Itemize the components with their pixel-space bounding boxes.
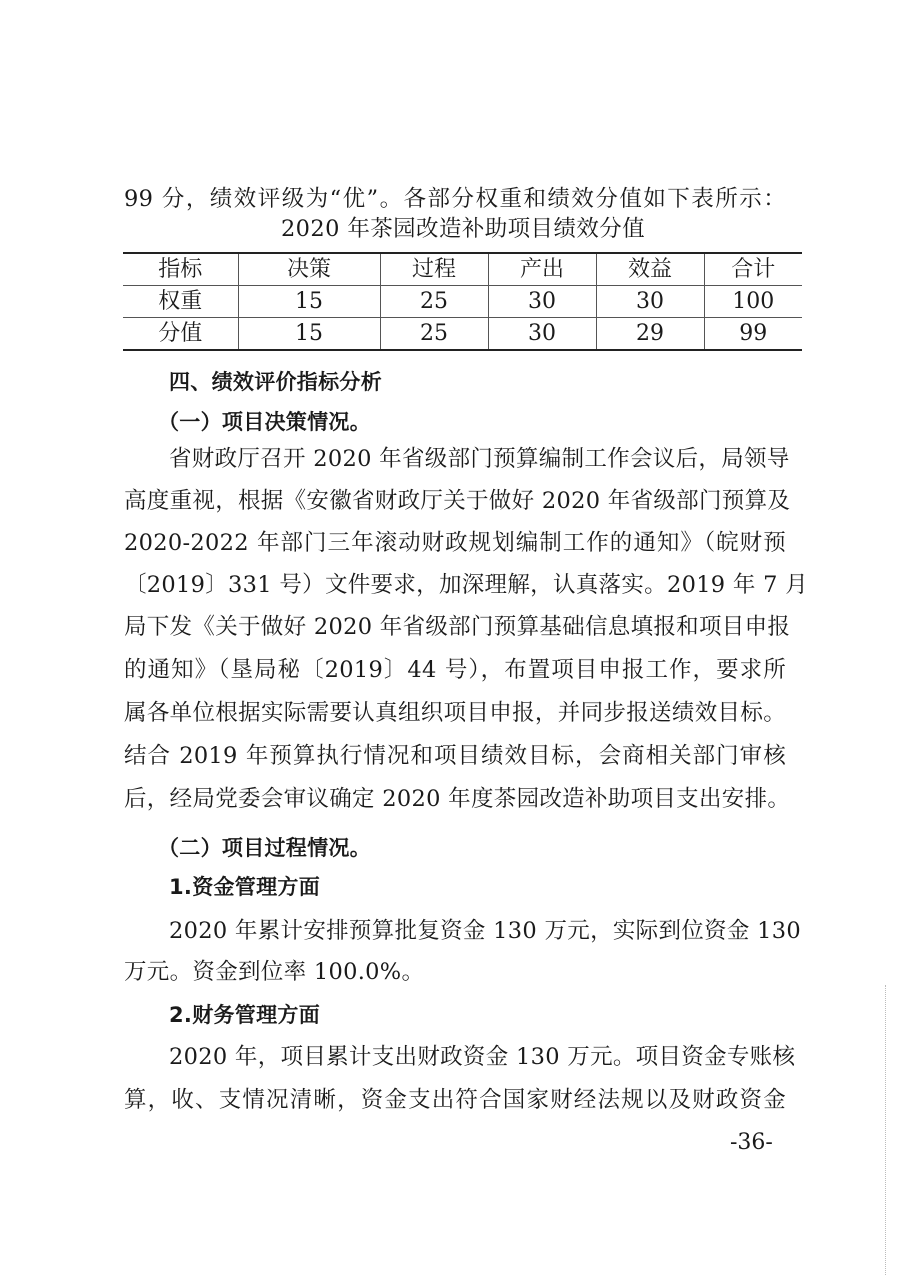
paragraph-line: 省财政厅召开 2020 年省级部门预算编制工作会议后，局领导 (169, 444, 786, 474)
paragraph-line: 〔2019〕331 号）文件要求，加深理解，认真落实。2019 年 7 月 (124, 570, 786, 600)
item-heading-financial-management: 2.财务管理方面 (169, 1000, 786, 1030)
header-cell-indicator: 指标 (123, 253, 238, 286)
header-cell-decision: 决策 (238, 253, 380, 286)
table-cell: 29 (596, 318, 704, 351)
paragraph-line: 万元。资金到位率 100.0%。 (124, 957, 786, 987)
table-cell: 30 (596, 286, 704, 318)
paragraph-line: 属各单位根据实际需要认真组织项目申报，并同步报送绩效目标。 (124, 698, 786, 728)
table-cell: 30 (488, 318, 596, 351)
document-page: 99 分，绩效评级为“优”。各部分权重和绩效分值如下表所示： 2020 年茶园改… (0, 0, 900, 1275)
binding-line-divider (885, 985, 886, 1275)
paragraph-line: 算，收、支情况清晰，资金支出符合国家财经法规以及财政资金 (124, 1085, 786, 1115)
table-cell: 25 (380, 318, 488, 351)
paragraph-line: 局下发《关于做好 2020 年省级部门预算基础信息填报和项目申报 (124, 612, 786, 642)
table-header-row: 指标 决策 过程 产出 效益 合计 (123, 253, 802, 286)
item-heading-fund-management: 1.资金管理方面 (169, 872, 786, 902)
table-row-weight: 权重 15 25 30 30 100 (123, 286, 802, 318)
paragraph-line: 2020 年累计安排预算批复资金 130 万元，实际到位资金 130 (169, 916, 786, 946)
subsection-heading-decision: （一）项目决策情况。 (158, 407, 820, 437)
paragraph-line: 2020-2022 年部门三年滚动财政规划编制工作的通知》（皖财预 (124, 528, 786, 558)
header-cell-process: 过程 (380, 253, 488, 286)
paragraph-line: 结合 2019 年预算执行情况和项目绩效目标，会商相关部门审核 (124, 741, 786, 771)
table-cell: 25 (380, 286, 488, 318)
paragraph-line: 的通知》（垦局秘〔2019〕44 号），布置项目申报工作，要求所 (124, 655, 786, 685)
section-heading: 四、绩效评价指标分析 (169, 367, 786, 397)
table-cell: 99 (704, 318, 802, 351)
paragraph-line: 高度重视，根据《安徽省财政厅关于做好 2020 年省级部门预算及 (124, 486, 786, 516)
page-number: -36- (730, 1128, 773, 1158)
table-caption: 2020 年茶园改造补助项目绩效分值 (124, 214, 802, 244)
intro-line: 99 分，绩效评级为“优”。各部分权重和绩效分值如下表所示： (124, 184, 786, 214)
paragraph-line: 后，经局党委会审议确定 2020 年度茶园改造补助项目支出安排。 (124, 784, 786, 814)
table-cell: 100 (704, 286, 802, 318)
table-cell: 30 (488, 286, 596, 318)
paragraph-line: 2020 年，项目累计支出财政资金 130 万元。项目资金专账核 (169, 1042, 786, 1072)
table-row-score: 分值 15 25 30 29 99 (123, 318, 802, 351)
table-cell: 15 (238, 318, 380, 351)
table-cell: 15 (238, 286, 380, 318)
table-cell: 分值 (123, 318, 238, 351)
header-cell-benefit: 效益 (596, 253, 704, 286)
header-cell-output: 产出 (488, 253, 596, 286)
performance-score-table: 指标 决策 过程 产出 效益 合计 权重 15 25 30 30 100 分值 … (123, 252, 802, 351)
subsection-heading-process: （二）项目过程情况。 (158, 833, 820, 863)
table-cell: 权重 (123, 286, 238, 318)
header-cell-total: 合计 (704, 253, 802, 286)
